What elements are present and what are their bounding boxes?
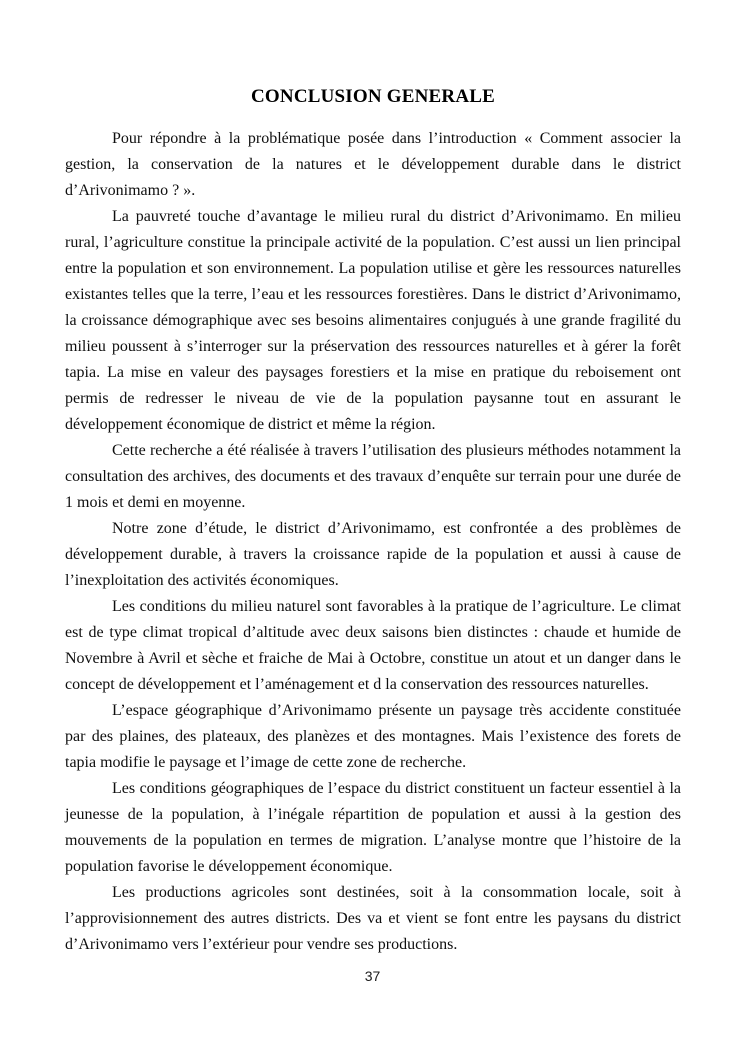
- document-body: Pour répondre à la problématique posée d…: [65, 126, 681, 958]
- paragraph: Les conditions géographiques de l’espace…: [65, 776, 681, 880]
- paragraph: Pour répondre à la problématique posée d…: [65, 126, 681, 204]
- paragraph: Les conditions du milieu naturel sont fa…: [65, 594, 681, 698]
- paragraph: L’espace géographique d’Arivonimamo prés…: [65, 698, 681, 776]
- page-title: CONCLUSION GENERALE: [65, 86, 681, 109]
- paragraph: La pauvreté touche d’avantage le milieu …: [65, 204, 681, 438]
- page-number: 37: [0, 968, 745, 984]
- document-page: CONCLUSION GENERALE Pour répondre à la p…: [0, 0, 745, 1053]
- paragraph: Notre zone d’étude, le district d’Arivon…: [65, 516, 681, 594]
- paragraph: Cette recherche a été réalisée à travers…: [65, 438, 681, 516]
- paragraph: Les productions agricoles sont destinées…: [65, 880, 681, 958]
